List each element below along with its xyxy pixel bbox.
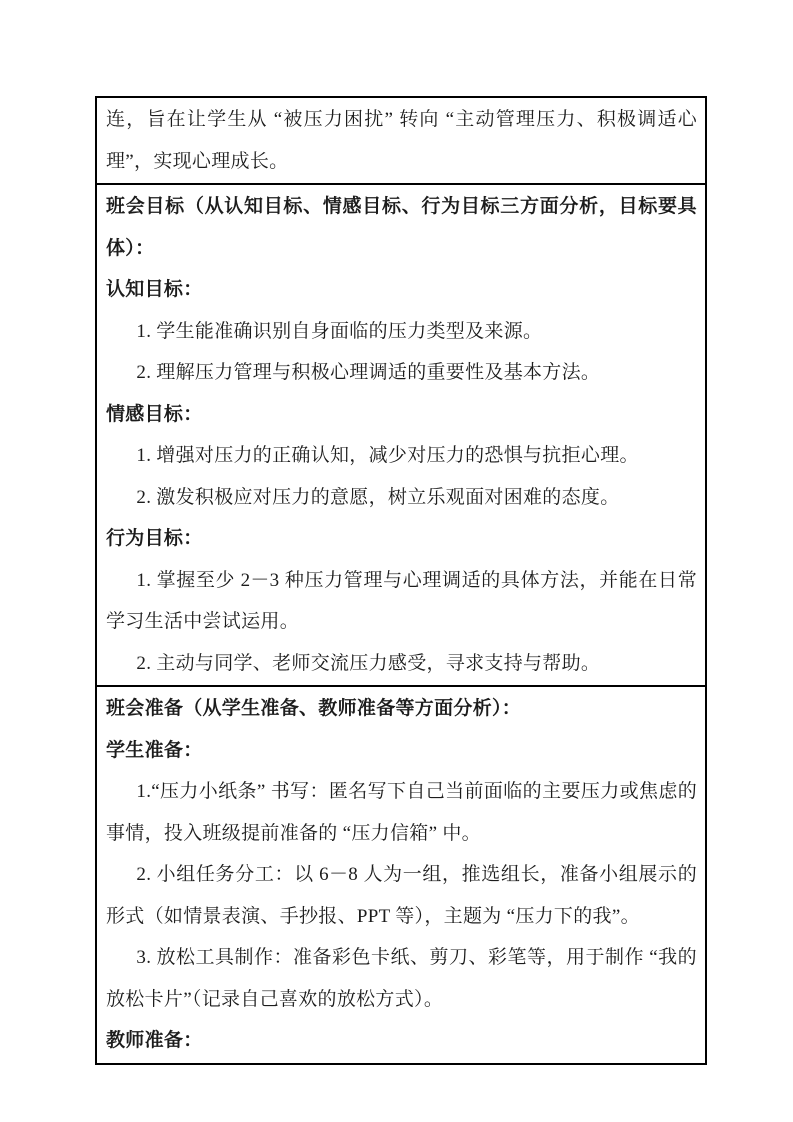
behavioral-goal-item-2: 2. 主动与同学、老师交流压力感受，寻求支持与帮助。 xyxy=(106,643,697,685)
student-preparation-heading: 学生准备： xyxy=(106,730,697,772)
behavioral-goals-heading: 行为目标： xyxy=(106,518,697,560)
affective-goals-heading: 情感目标： xyxy=(106,394,697,436)
student-preparation-item-2: 2. 小组任务分工：以 6－8 人为一组，推选组长，准备小组展示的形式（如情景表… xyxy=(106,854,697,937)
table-row-preparation: 班会准备（从学生准备、教师准备等方面分析）： 学生准备： 1.“压力小纸条” 书… xyxy=(97,687,705,1063)
cognitive-goal-item-1: 1. 学生能准确识别自身面临的压力类型及来源。 xyxy=(106,311,697,353)
table-row-goals: 班会目标（从认知目标、情感目标、行为目标三方面分析，目标要具体）： 认知目标： … xyxy=(97,185,705,687)
meeting-goals-heading: 班会目标（从认知目标、情感目标、行为目标三方面分析，目标要具体）： xyxy=(106,186,697,269)
continuation-text: 连，旨在让学生从 “被压力困扰” 转向 “主动管理压力、积极调适心理”，实现心理… xyxy=(106,99,697,182)
document-page: 连，旨在让学生从 “被压力困扰” 转向 “主动管理压力、积极调适心理”，实现心理… xyxy=(0,0,793,1122)
cognitive-goal-item-2: 2. 理解压力管理与积极心理调适的重要性及基本方法。 xyxy=(106,352,697,394)
behavioral-goal-item-1: 1. 掌握至少 2－3 种压力管理与心理调适的具体方法，并能在日常学习生活中尝试… xyxy=(106,560,697,643)
affective-goal-item-2: 2. 激发积极应对压力的意愿，树立乐观面对困难的态度。 xyxy=(106,477,697,519)
table-row-intro: 连，旨在让学生从 “被压力困扰” 转向 “主动管理压力、积极调适心理”，实现心理… xyxy=(97,98,705,185)
student-preparation-item-3: 3. 放松工具制作：准备彩色卡纸、剪刀、彩笔等，用于制作 “我的放松卡片”（记录… xyxy=(106,937,697,1020)
teacher-preparation-heading: 教师准备： xyxy=(106,1020,697,1062)
document-table: 连，旨在让学生从 “被压力困扰” 转向 “主动管理压力、积极调适心理”，实现心理… xyxy=(95,96,707,1065)
affective-goal-item-1: 1. 增强对压力的正确认知，减少对压力的恐惧与抗拒心理。 xyxy=(106,435,697,477)
cognitive-goals-heading: 认知目标： xyxy=(106,269,697,311)
meeting-preparation-heading: 班会准备（从学生准备、教师准备等方面分析）： xyxy=(106,688,697,730)
student-preparation-item-1: 1.“压力小纸条” 书写：匿名写下自己当前面临的主要压力或焦虑的事情，投入班级提… xyxy=(106,771,697,854)
